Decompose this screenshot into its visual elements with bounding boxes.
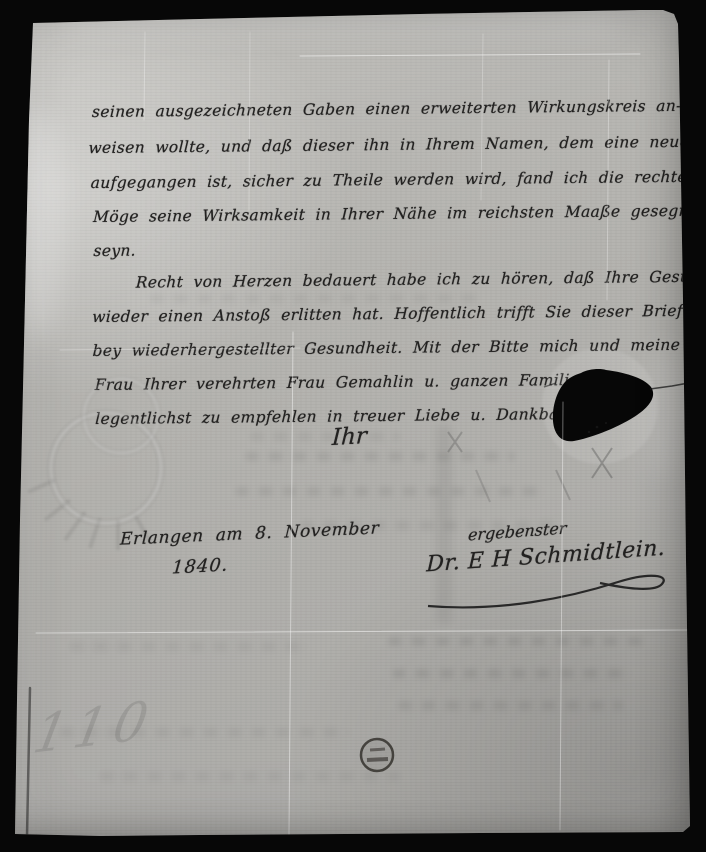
body-line: seinen ausgezeichneten Gaben einen erwei… — [92, 97, 682, 121]
body-line: bey wiederhergestellter Gesundheit. Mit … — [92, 336, 680, 360]
dateline-year: 1840. — [171, 554, 229, 578]
letter-paper: seinen ausgezeichneten Gaben einen erwei… — [0, 0, 706, 852]
scanned-letter-page: seinen ausgezeichneten Gaben einen erwei… — [0, 0, 706, 852]
body-line: wieder einen Anstoß erlitten hat. Hoffen… — [92, 302, 684, 326]
body-line: seyn. — [93, 242, 136, 260]
body-line: aufgegangen ist, sicher zu Theile werden… — [90, 167, 706, 192]
body-line: Recht von Herzen bedauert habe ich zu hö… — [135, 267, 706, 291]
body-line: Frau Ihrer verehrten Frau Gemahlin u. ga… — [95, 370, 636, 394]
valediction: Ihr — [331, 423, 367, 451]
body-line: Möge seine Wirksamkeit in Ihrer Nähe im … — [93, 202, 706, 226]
body-line: weisen wollte, und daß dieser ihn in Ihr… — [88, 132, 706, 157]
